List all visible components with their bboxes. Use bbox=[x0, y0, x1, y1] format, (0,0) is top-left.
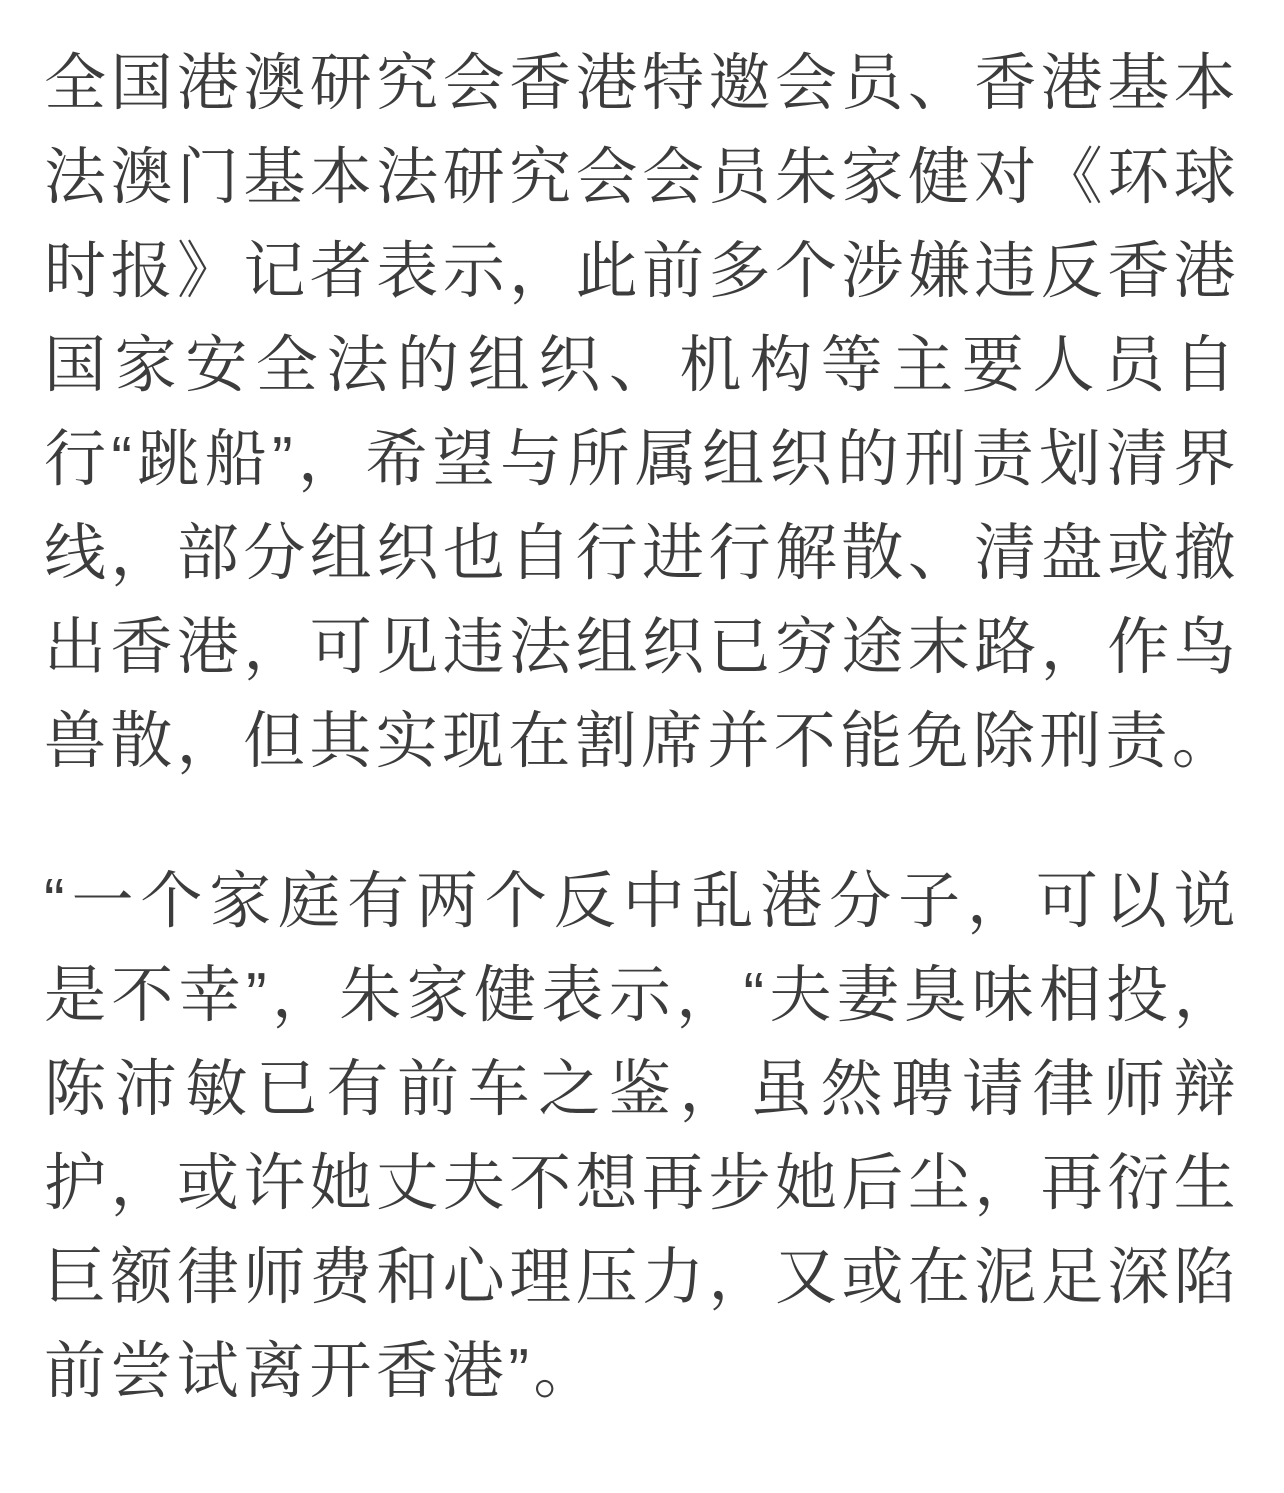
paragraph-2: “一个家庭有两个反中乱港分子，可以说是不幸”，朱家健表示，“夫妻臭味相投，陈沛敏… bbox=[44, 855, 1240, 1419]
article-body: 全国港澳研究会香港特邀会员、香港基本法澳门基本法研究会会员朱家健对《环球时报》记… bbox=[0, 0, 1284, 1419]
paragraph-1: 全国港澳研究会香港特邀会员、香港基本法澳门基本法研究会会员朱家健对《环球时报》记… bbox=[44, 37, 1240, 789]
